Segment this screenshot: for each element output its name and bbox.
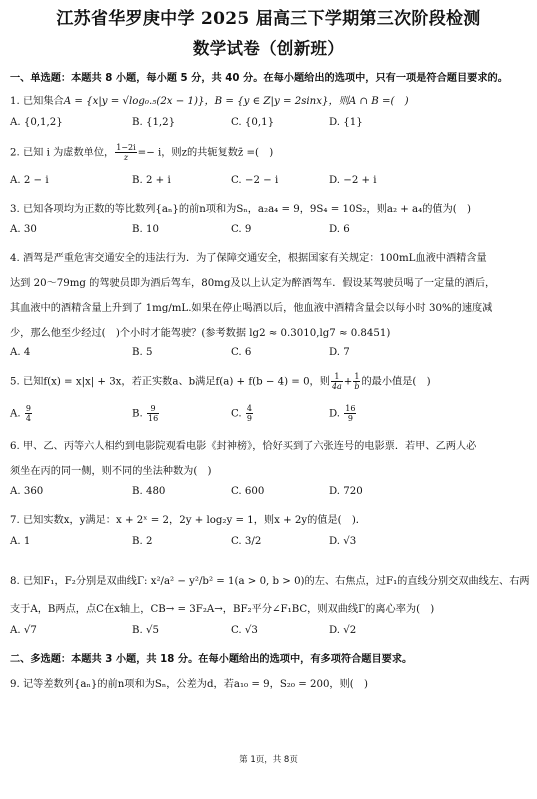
question-text: 已知f(x) = x|x| + 3x，若正实数a、b满足f(a) + f(b −…	[23, 377, 330, 388]
option-c[interactable]: C. 6	[231, 347, 251, 358]
exam-page: 江苏省华罗庚中学 2025 届高三下学期第三次阶段检测 数学试卷（创新班） 一、…	[0, 0, 537, 799]
option-a[interactable]: A. 94	[10, 404, 33, 423]
question-number: 2.	[10, 148, 20, 159]
option-b[interactable]: B. 2 + i	[132, 175, 171, 186]
question-text-suffix: 的最小值是( )	[361, 377, 430, 388]
question-1-stem: 1. 已知集合A = {x|y = √log₀.₅(2x − 1)}，B = {…	[10, 92, 409, 107]
question-text: 酒驾是严重危害交通安全的违法行为．为了保障交通安全，根据国家有关规定：100mL…	[23, 253, 487, 264]
question-number: 6.	[10, 441, 20, 452]
question-number: 7.	[10, 515, 20, 526]
option-b[interactable]: B. √5	[132, 625, 159, 636]
fraction-1-over-b: 1b	[353, 372, 360, 391]
option-b[interactable]: B. 10	[132, 224, 159, 235]
question-3-options: A. 30 B. 10 C. 9 D. 6	[10, 224, 530, 242]
question-number: 3.	[10, 204, 20, 215]
option-c[interactable]: C. {0,1}	[231, 117, 274, 128]
option-a[interactable]: A. 30	[10, 224, 37, 235]
option-d[interactable]: D. −2 + i	[329, 175, 377, 186]
question-5-options: A. 94 B. 916 C. 49 D. 169	[10, 404, 530, 426]
option-c[interactable]: C. 49	[231, 404, 254, 423]
question-7-stem: 7. 已知实数x，y满足：x + 2ˣ = 2，2y + log₂y = 1，则…	[10, 511, 366, 526]
fraction: 1−2iz	[115, 143, 136, 162]
question-6-line-2: 须坐在丙的同一侧，则不同的坐法种数为( )	[10, 462, 212, 477]
option-b[interactable]: B. 5	[132, 347, 152, 358]
question-2-stem: 2. 已知 i 为虚数单位，1−2iz=− i，则z的共轭复数z̄ =( )	[10, 143, 273, 162]
question-5-stem: 5. 已知f(x) = x|x| + 3x，若正实数a、b满足f(a) + f(…	[10, 372, 431, 391]
section-header-single-choice: 一、单选题：本题共 8 小题，每小题 5 分，共 40 分。在每小题给出的选项中…	[10, 69, 508, 84]
question-number: 5.	[10, 377, 20, 388]
exam-title: 江苏省华罗庚中学 2025 届高三下学期第三次阶段检测	[0, 4, 537, 29]
option-d[interactable]: D. 169	[329, 404, 357, 423]
option-d[interactable]: D. 7	[329, 347, 350, 358]
option-b[interactable]: B. {1,2}	[132, 117, 175, 128]
option-a[interactable]: A. 1	[10, 536, 30, 547]
option-b[interactable]: B. 2	[132, 536, 152, 547]
question-8-line-2: 支于A，B两点，点C在x轴上，CB→ = 3F₂A→，BF₂平分∠F₁BC，则双…	[10, 600, 434, 615]
question-number: 4.	[10, 253, 20, 264]
question-8-line-1: 8. 已知F₁，F₂分别是双曲线Γ: x²/a² − y²/b² = 1(a >…	[10, 572, 530, 587]
option-d[interactable]: D. 720	[329, 486, 363, 497]
question-1-options: A. {0,1,2} B. {1,2} C. {0,1} D. {1}	[10, 117, 530, 135]
option-d[interactable]: D. √2	[329, 625, 356, 636]
question-math: A = {x|y = √log₀.₅(2x − 1)}，B = {y ∈ Z|y…	[64, 96, 409, 107]
question-number: 1.	[10, 96, 20, 107]
question-text: 记等差数列{aₙ}的前n项和为Sₙ，公差为d，若a₁₀ = 9，S₂₀ = 20…	[23, 679, 368, 690]
option-c[interactable]: C. 3/2	[231, 536, 261, 547]
option-b[interactable]: B. 480	[132, 486, 165, 497]
option-a[interactable]: A. 2 − i	[10, 175, 49, 186]
option-c[interactable]: C. 600	[231, 486, 264, 497]
question-2-options: A. 2 − i B. 2 + i C. −2 − i D. −2 + i	[10, 175, 530, 193]
option-a[interactable]: A. √7	[10, 625, 37, 636]
question-text: 甲、乙、丙等六人相约到电影院观看电影《封神榜》，恰好买到了六张连号的电影票．若甲…	[23, 441, 476, 452]
question-4-line-4: 少，那么他至少经过( )个小时才能驾驶？(参考数据 lg2 ≈ 0.3010,l…	[10, 324, 390, 339]
exam-subtitle: 数学试卷（创新班）	[0, 35, 537, 59]
option-a[interactable]: A. 4	[10, 347, 30, 358]
option-c[interactable]: C. 9	[231, 224, 251, 235]
fraction-1-over-4a: 14a	[331, 372, 343, 391]
question-8-options: A. √7 B. √5 C. √3 D. √2	[10, 625, 530, 643]
question-4-line-2: 达到 20～79mg 的驾驶员即为酒后驾车，80mg及以上认定为醉酒驾车．假设某…	[10, 274, 495, 289]
question-text: 已知各项均为正数的等比数列{aₙ}的前n项和为Sₙ，a₂a₄ = 9，9S₄ =…	[23, 204, 471, 215]
option-d[interactable]: D. {1}	[329, 117, 363, 128]
question-6-options: A. 360 B. 480 C. 600 D. 720	[10, 486, 530, 504]
question-3-stem: 3. 已知各项均为正数的等比数列{aₙ}的前n项和为Sₙ，a₂a₄ = 9，9S…	[10, 200, 471, 215]
question-7-options: A. 1 B. 2 C. 3/2 D. √3	[10, 536, 530, 554]
option-b[interactable]: B. 916	[132, 404, 160, 423]
question-number: 8.	[10, 576, 20, 587]
question-text-suffix: =− i，则z的共轭复数z̄ =( )	[138, 148, 274, 159]
section-header-multiple-choice: 二、多选题：本题共 3 小题，共 18 分。在每小题给出的选项中，有多项符合题目…	[10, 650, 412, 665]
option-c[interactable]: C. √3	[231, 625, 258, 636]
page-number-footer: 第 1页，共 8页	[0, 753, 537, 765]
option-c[interactable]: C. −2 − i	[231, 175, 278, 186]
option-d[interactable]: D. √3	[329, 536, 356, 547]
question-9-stem: 9. 记等差数列{aₙ}的前n项和为Sₙ，公差为d，若a₁₀ = 9，S₂₀ =…	[10, 675, 368, 690]
question-number: 9.	[10, 679, 20, 690]
question-4-options: A. 4 B. 5 C. 6 D. 7	[10, 347, 530, 365]
option-d[interactable]: D. 6	[329, 224, 350, 235]
option-a[interactable]: A. {0,1,2}	[10, 117, 63, 128]
question-text: 已知F₁，F₂分别是双曲线Γ: x²/a² − y²/b² = 1(a > 0,…	[23, 576, 530, 587]
question-text: 已知实数x，y满足：x + 2ˣ = 2，2y + log₂y = 1，则x +…	[23, 515, 366, 526]
option-a[interactable]: A. 360	[10, 486, 43, 497]
question-text: 已知集合	[23, 96, 64, 107]
question-4-line-3: 其血液中的酒精含量上升到了 1mg/mL.如果在停止喝酒以后，他血液中酒精含量会…	[10, 299, 492, 314]
question-6-line-1: 6. 甲、乙、丙等六人相约到电影院观看电影《封神榜》，恰好买到了六张连号的电影票…	[10, 437, 476, 452]
question-text: 已知 i 为虚数单位，	[23, 148, 114, 159]
question-4-line-1: 4. 酒驾是严重危害交通安全的违法行为．为了保障交通安全，根据国家有关规定：10…	[10, 249, 487, 264]
